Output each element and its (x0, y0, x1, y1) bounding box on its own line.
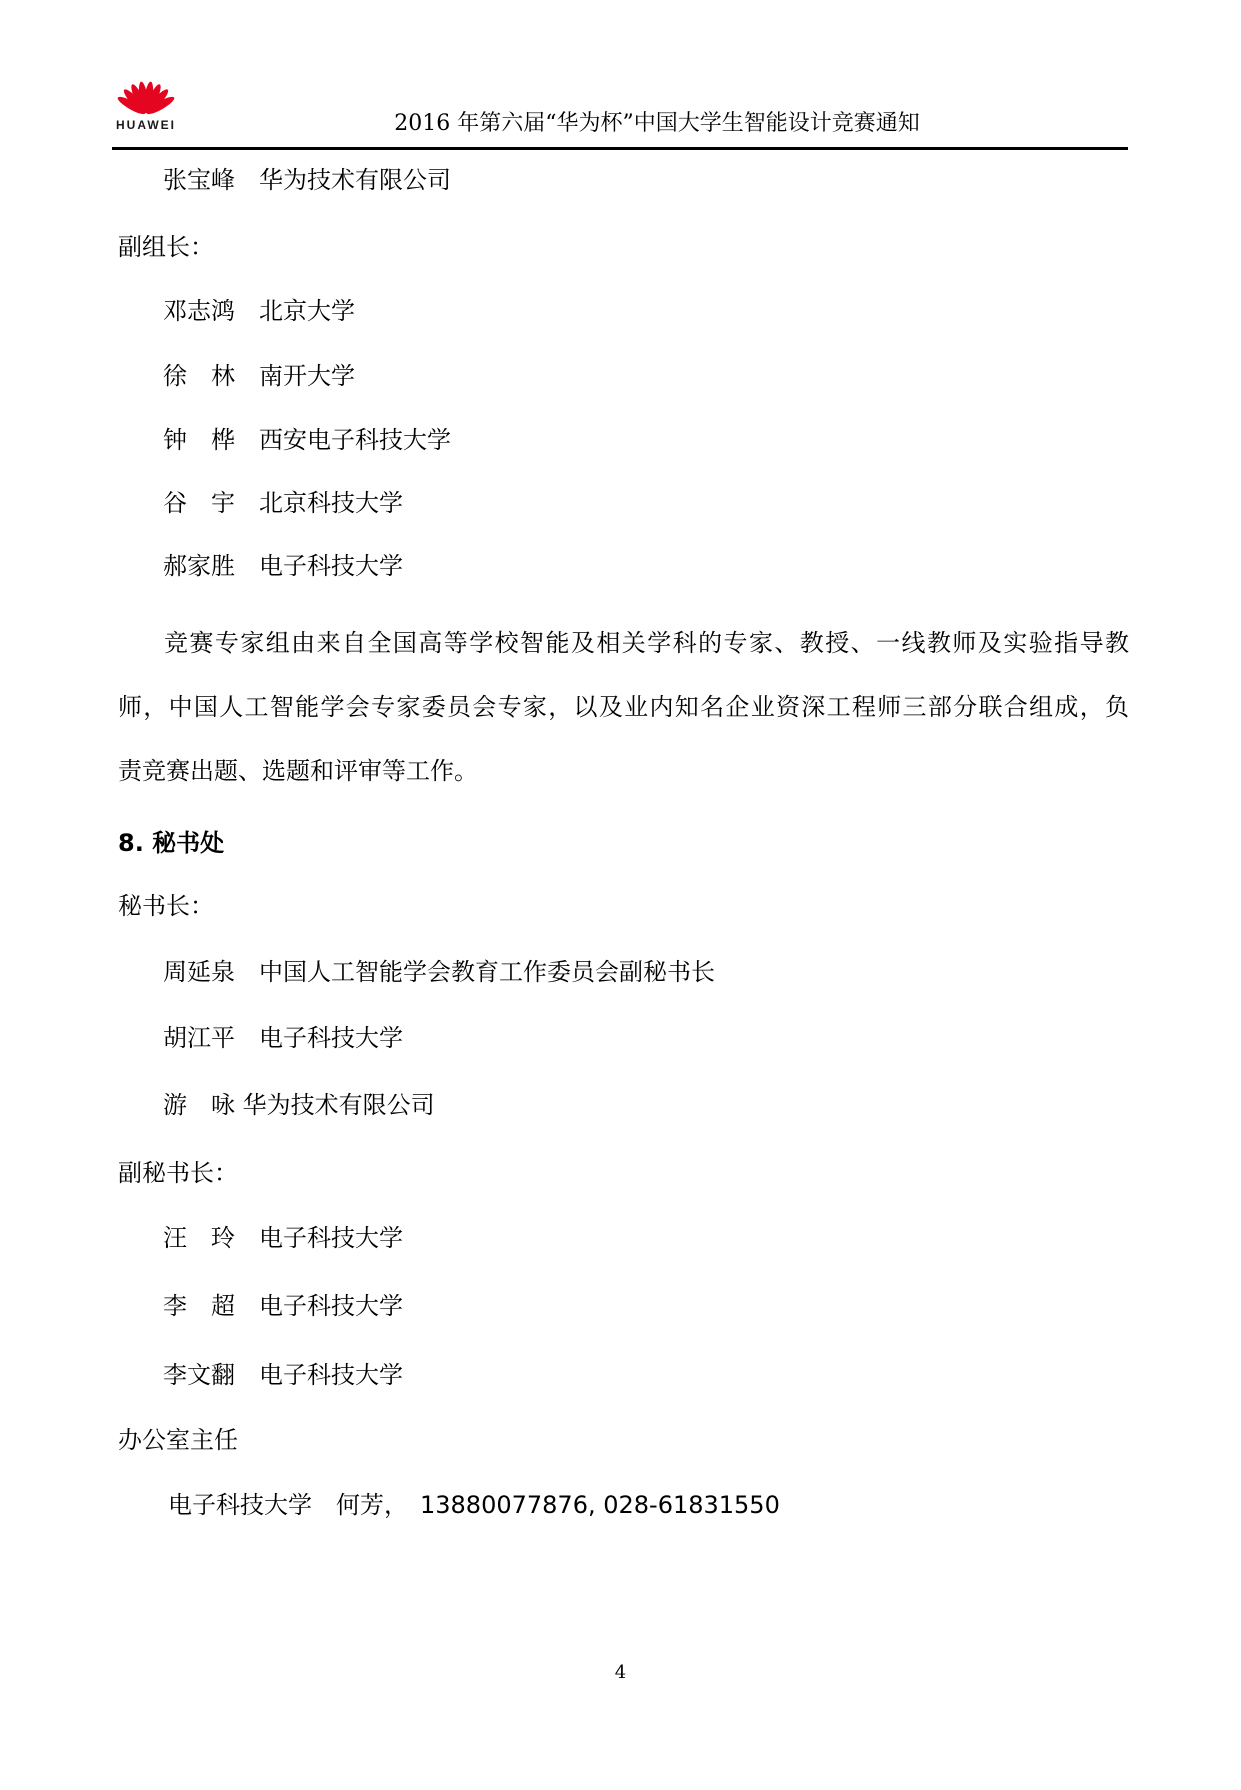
secretary-general-line: 胡江平 电子科技大学 (163, 1023, 403, 1053)
deputy-secretary-line: 李 超 电子科技大学 (163, 1291, 403, 1321)
page-header-title: 2016 年第六届“华为杯”中国大学生智能设计竞赛通知 (186, 109, 1128, 139)
deputy-leader-line: 郝家胜 电子科技大学 (163, 551, 403, 581)
secretary-general-line: 周延泉 中国人工智能学会教育工作委员会副秘书长 (163, 957, 715, 987)
office-director-label: 办公室主任 (118, 1425, 238, 1455)
deputy-leader-line: 邓志鸿 北京大学 (163, 296, 355, 326)
leader-member-line: 张宝峰 华为技术有限公司 (163, 165, 451, 195)
document-page: HUAWEI 2016 年第六届“华为杯”中国大学生智能设计竞赛通知 张宝峰 华… (0, 0, 1241, 1790)
expert-paragraph-line-3: 责竞赛出题、选题和评审等工作。 (118, 756, 1129, 786)
header-divider (112, 147, 1128, 150)
deputy-leader-line: 谷 宇 北京科技大学 (163, 488, 403, 518)
expert-paragraph-line-2: 师，中国人工智能学会专家委员会专家，以及业内知名企业资深工程师三部分联合组成，负 (118, 692, 1129, 722)
secretary-general-line: 游 咏 华为技术有限公司 (163, 1090, 435, 1120)
deputy-secretary-label: 副秘书长： (118, 1158, 238, 1188)
office-director-info-line: 电子科技大学 何芳， 13880077876, 028-61831550 (168, 1490, 780, 1520)
deputy-secretary-line: 李文翻 电子科技大学 (163, 1360, 403, 1390)
expert-paragraph-line-1: 竞赛专家组由来自全国高等学校智能及相关学科的专家、教授、一线教师及实验指导教 (118, 628, 1129, 658)
section-heading-secretariat: 8. 秘书处 (118, 828, 224, 858)
huawei-logo: HUAWEI (104, 80, 188, 132)
deputy-leader-line: 徐 林 南开大学 (163, 361, 355, 391)
page-number: 4 (0, 1661, 1241, 1685)
huawei-brand-text: HUAWEI (104, 118, 188, 132)
deputy-secretary-line: 汪 玲 电子科技大学 (163, 1223, 403, 1253)
deputy-leader-line: 钟 桦 西安电子科技大学 (163, 425, 451, 455)
huawei-flower-icon (117, 80, 175, 116)
deputy-leader-label: 副组长： (118, 232, 214, 262)
secretary-general-label: 秘书长： (118, 891, 214, 921)
